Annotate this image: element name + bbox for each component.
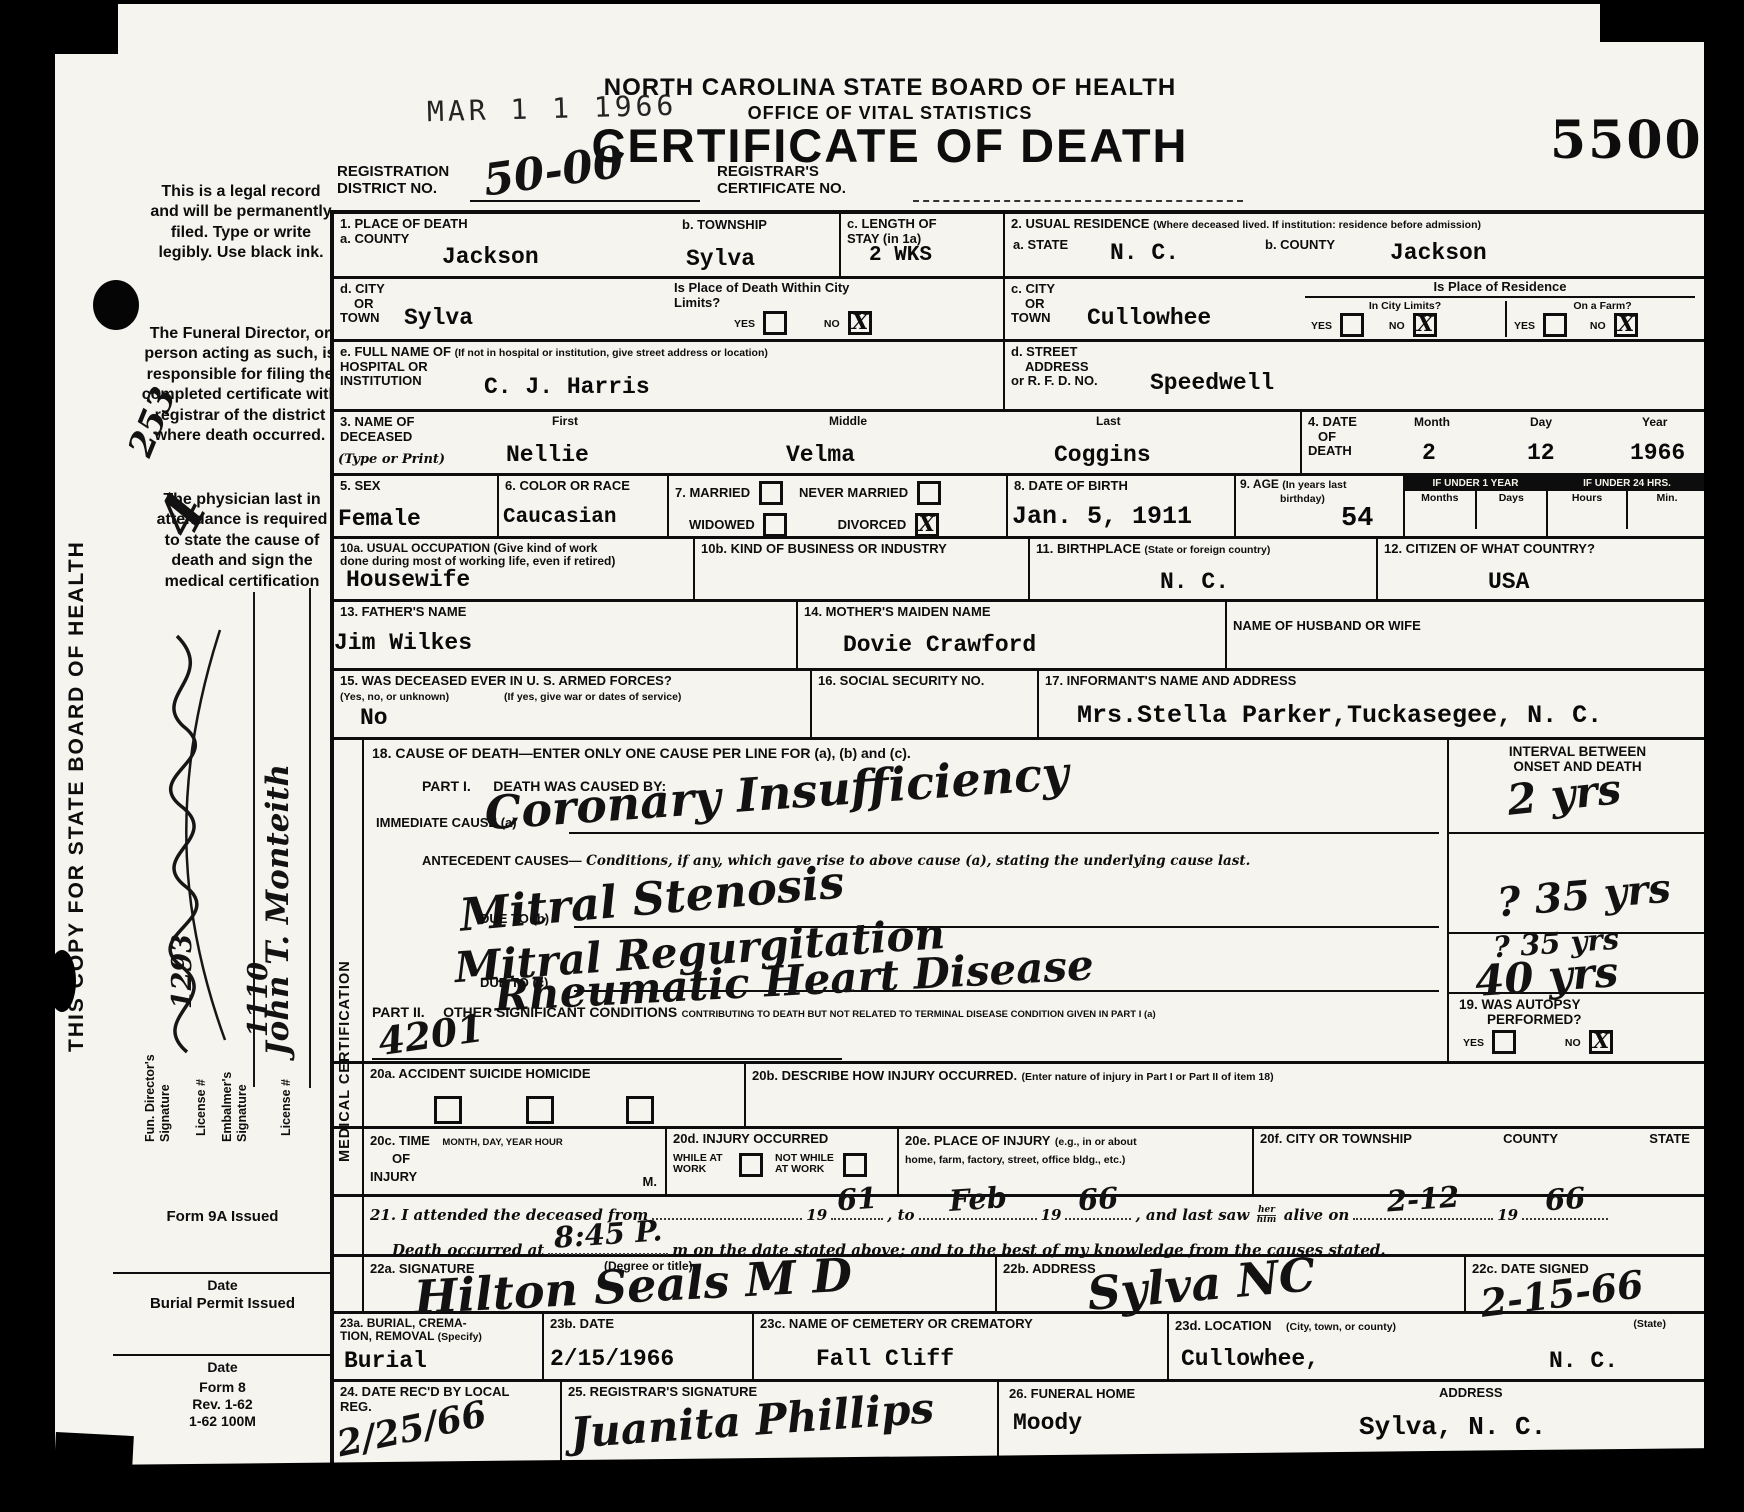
- residence-city-town-value: Cullowhee: [1087, 305, 1211, 331]
- if-under-24-hrs-header: IF UNDER 24 HRS.: [1548, 476, 1706, 491]
- last-name-label: Last: [1096, 415, 1121, 428]
- middle-name-label: Middle: [829, 415, 867, 428]
- field-burial-location: 23d. LOCATION (City, town, or county) (S…: [1169, 1314, 1706, 1379]
- birthplace-value: N. C.: [1160, 569, 1229, 595]
- registration-district-label: REGISTRATION DISTRICT NO.: [337, 164, 449, 197]
- meridiem-label: M.: [643, 1175, 657, 1190]
- death-city-limits-no-label: NO: [824, 318, 840, 330]
- immediate-cause-line: [569, 832, 1439, 834]
- township-value: Sylva: [686, 246, 755, 272]
- cause-of-death-header: 18. CAUSE OF DEATH—ENTER ONLY ONE CAUSE …: [372, 746, 911, 762]
- part2-subtext: CONTRIBUTING TO DEATH BUT NOT RELATED TO…: [682, 1009, 1156, 1020]
- death-city-limits-yes-checkbox: [763, 311, 787, 335]
- scan-edge-right: [1704, 0, 1744, 1512]
- never-married-checkbox: [917, 481, 941, 505]
- death-city-limits-yes-label: YES: [734, 318, 755, 330]
- signature-rule-2: [309, 588, 311, 1088]
- if-under-1-year-header: IF UNDER 1 YEAR: [1405, 476, 1546, 491]
- certificate-number: 5500: [1550, 110, 1703, 171]
- armed-forces-value: No: [360, 705, 388, 731]
- funeral-director-signature-label: Fun. Director's Signature: [143, 1022, 173, 1142]
- row-attendance: 21. I attended the deceased from1961, to…: [334, 1197, 1706, 1257]
- field-registrar-signature: 25. REGISTRAR'S SIGNATURE Juanita Philli…: [562, 1382, 999, 1464]
- part1-label: PART I.: [422, 778, 471, 794]
- date-of-birth-value: Jan. 5, 1911: [1012, 502, 1192, 531]
- is-place-of-residence-label: Is Place of Residence: [1305, 280, 1695, 298]
- suicide-checkbox: [526, 1096, 554, 1124]
- death-month-label: Month: [1414, 416, 1450, 429]
- residence-farm-question: On a Farm?: [1510, 301, 1695, 313]
- burial-date-value: 2/15/1966: [550, 1346, 674, 1372]
- field-date-signed: 22c. DATE SIGNED 2-15-66: [1466, 1257, 1706, 1311]
- field-physician-address: 22b. ADDRESS Sylva NC: [997, 1257, 1466, 1311]
- row-physician-signature: 22a. SIGNATURE (Degree or title) Hilton …: [334, 1257, 1706, 1314]
- field-cemetery-name: 23c. NAME OF CEMETERY OR CREMATORY Fall …: [754, 1314, 1169, 1379]
- residence-city-limits-no-label: NO: [1389, 320, 1405, 332]
- armed-forces-paren-2: (If yes, give war or dates of service): [504, 691, 681, 703]
- residence-farm-no-label: NO: [1590, 320, 1606, 332]
- mother-maiden-name-value: Dovie Crawford: [843, 632, 1036, 658]
- scan-corner-bottom-left: [54, 1432, 134, 1470]
- scan-blob-left: [48, 950, 76, 1012]
- last-seen-value: 2-12: [1386, 1180, 1461, 1219]
- antecedent-label: ANTECEDENT CAUSES—: [422, 853, 582, 868]
- burial-permit-date-label: Date: [110, 1360, 335, 1376]
- burial-type-value: Burial: [344, 1348, 427, 1374]
- widowed-label: WIDOWED: [689, 517, 755, 532]
- sidebar-note-legal: This is a legal record and will be perma…: [147, 182, 335, 264]
- license-number-label-1: License #: [194, 1026, 208, 1136]
- field-birthplace: 11. BIRTHPLACE (State or foreign country…: [1030, 539, 1378, 599]
- funeral-home-address-label: ADDRESS: [1439, 1386, 1503, 1401]
- due-to-b-label: DUE TO (b): [480, 912, 549, 927]
- armed-forces-paren-1: (Yes, no, or unknown): [340, 691, 449, 703]
- age-value: 54: [1341, 504, 1373, 534]
- death-day-value: 12: [1527, 440, 1555, 466]
- medical-certification-caption: MEDICAL CERTIFICATION: [337, 902, 353, 1162]
- form-9a-date-label: Date: [110, 1278, 335, 1294]
- father-name-value: Jim Wilkes: [334, 630, 472, 656]
- residence-city-limits-question: In City Limits?: [1305, 301, 1505, 313]
- certificate-paper: THIS COPY FOR STATE BOARD OF HEALTH This…: [55, 4, 1705, 1466]
- residence-state-value: N. C.: [1110, 240, 1179, 266]
- race-value: Caucasian: [503, 506, 616, 529]
- residence-farm-yes-checkbox: [1543, 313, 1567, 337]
- field-physician-signature: 22a. SIGNATURE (Degree or title) Hilton …: [364, 1257, 997, 1311]
- length-of-stay-value: 2 WKS: [869, 244, 932, 267]
- field-marital-status: 7. MARRIED NEVER MARRIED WIDOWED DIVORCE…: [669, 476, 1008, 536]
- residence-city-limits-no-checkbox: X: [1413, 313, 1437, 337]
- field-color-or-race: 6. COLOR OR RACE Caucasian: [499, 476, 669, 536]
- time-of-injury-sub: MONTH, DAY, YEAR HOUR: [442, 1137, 562, 1148]
- type-or-print-label: (Type or Print): [338, 452, 445, 467]
- citizenship-value: USA: [1488, 569, 1529, 595]
- field-street-address: d. STREET ADDRESS or R. F. D. NO. Speedw…: [1005, 342, 1706, 409]
- interval-a-value: 2 yrs: [1505, 764, 1624, 825]
- field-injury-city: 20f. CITY OR TOWNSHIP COUNTY STATE: [1254, 1129, 1706, 1194]
- death-city-town-value: Sylva: [404, 305, 473, 331]
- hole-punch: [93, 280, 139, 330]
- physician-address-value: Sylva NC: [1085, 1247, 1317, 1321]
- hours-label: Hours: [1548, 491, 1628, 529]
- burial-location-paren: (City, town, or county): [1286, 1321, 1396, 1333]
- widowed-checkbox: [763, 513, 787, 537]
- autopsy-yes-checkbox: [1492, 1030, 1516, 1054]
- form-revision-label: Rev. 1-62: [110, 1397, 335, 1413]
- field-burial-date: 23b. DATE 2/15/1966: [544, 1314, 754, 1379]
- part2-line: [372, 1058, 842, 1060]
- autopsy-no-checkbox: X: [1589, 1030, 1613, 1054]
- burial-permit-issued-label: Burial Permit Issued: [105, 1296, 340, 1313]
- row-occupation: 10a. USUAL OCCUPATION (Give kind of work…: [334, 539, 1706, 602]
- attended-from-blank: [652, 1202, 802, 1220]
- field-residence-city-town: c. CITY OR TOWN Cullowhee Is Place of Re…: [1005, 279, 1706, 339]
- registration-district-line: [470, 200, 700, 202]
- field-cause-of-death: 18. CAUSE OF DEATH—ENTER ONLY ONE CAUSE …: [364, 740, 1449, 1061]
- field-accident-suicide-homicide: 20a. ACCIDENT SUICIDE HOMICIDE: [364, 1064, 746, 1126]
- cemetery-name-value: Fall Cliff: [816, 1346, 954, 1372]
- not-while-at-work-checkbox: [843, 1153, 867, 1177]
- field-time-of-injury: 20c. TIME MONTH, DAY, YEAR HOUR OF INJUR…: [364, 1129, 667, 1194]
- row-burial: 23a. BURIAL, CREMA- TION, REMOVAL (Speci…: [334, 1314, 1706, 1382]
- last-seen-blank: 2-12: [1353, 1202, 1493, 1220]
- row-sex-race-marital: 5. SEX Female 6. COLOR OR RACE Caucasian…: [334, 476, 1706, 539]
- field-death-city-town: d. CITY OR TOWN Sylva Is Place of Death …: [334, 279, 1005, 339]
- describe-injury-paren: (Enter nature of injury in Part I or Par…: [1022, 1071, 1274, 1083]
- field-describe-injury: 20b. DESCRIBE HOW INJURY OCCURRED. (Ente…: [746, 1064, 1280, 1126]
- registrar-certificate-label: REGISTRAR'S CERTIFICATE NO.: [717, 164, 846, 197]
- last-name-value: Coggins: [1054, 442, 1151, 468]
- scan-corner-top-left: [0, 0, 118, 54]
- while-at-work-checkbox: [739, 1153, 763, 1177]
- field-hospital-institution: e. FULL NAME OF (If not in hospital or i…: [334, 342, 1005, 409]
- field-if-under-24-hrs: IF UNDER 24 HRS. Hours Min.: [1548, 476, 1706, 536]
- license-number-label-2: License #: [279, 1026, 293, 1136]
- funeral-home-address-value: Sylva, N. C.: [1359, 1412, 1546, 1442]
- field-if-under-1-year: IF UNDER 1 YEAR Months Days: [1405, 476, 1548, 536]
- funeral-home-value: Moody: [1013, 1410, 1082, 1436]
- row-armed-forces-informant: 15. WAS DECEASED EVER IN U. S. ARMED FOR…: [334, 671, 1706, 740]
- field-usual-occupation: 10a. USUAL OCCUPATION (Give kind of work…: [334, 539, 695, 599]
- attended-text-2: , to: [887, 1206, 914, 1224]
- field-length-of-stay: c. LENGTH OF STAY (in 1a) 2 WKS: [841, 214, 1005, 276]
- form-9a-issued-label: Form 9A Issued: [110, 1209, 335, 1226]
- antecedent-text: Conditions, if any, which gave rise to a…: [586, 853, 1250, 869]
- min-label: Min.: [1628, 491, 1706, 529]
- board-title: NORTH CAROLINA STATE BOARD OF HEALTH: [475, 74, 1305, 102]
- burial-location-label: 23d. LOCATION: [1175, 1318, 1272, 1333]
- field-usual-residence: 2. USUAL RESIDENCE (Where deceased lived…: [1005, 214, 1706, 276]
- attended-to-year-blank: 66: [1065, 1202, 1131, 1220]
- medical-strip-4: [334, 1197, 364, 1254]
- form-9a-date-line: [113, 1272, 331, 1274]
- residence-city-limits-yes-label: YES: [1311, 320, 1332, 332]
- field-kind-of-business: 10b. KIND OF BUSINESS OR INDUSTRY: [695, 539, 1030, 599]
- death-time-value: 8:45 P.: [553, 1214, 664, 1255]
- residence-farm-yes-label: YES: [1514, 320, 1535, 332]
- injury-state-label: STATE: [1649, 1132, 1690, 1147]
- field-social-security: 16. SOCIAL SECURITY NO.: [812, 671, 1039, 737]
- scanned-death-certificate: { "page": { "stamp": "MAR 1 1 1966", "ce…: [0, 0, 1744, 1512]
- days-label: Days: [1477, 491, 1547, 529]
- row-city-town: d. CITY OR TOWN Sylva Is Place of Death …: [334, 279, 1706, 342]
- field-informant: 17. INFORMANT'S NAME AND ADDRESS Mrs.Ste…: [1039, 671, 1706, 737]
- field-name-of-deceased: 3. NAME OF DECEASED (Type or Print) Firs…: [334, 412, 1302, 473]
- interval-ab-value: ? 35 yrs: [1495, 865, 1672, 927]
- last-seen-year-value: 66: [1544, 1181, 1587, 1218]
- hospital-institution-value: C. J. Harris: [484, 374, 650, 400]
- row-name-of-deceased: 3. NAME OF DECEASED (Type or Print) Firs…: [334, 412, 1706, 476]
- field-interval-column: INTERVAL BETWEEN ONSET AND DEATH 2 yrs ?…: [1449, 740, 1706, 1061]
- attended-from-year-value: 61: [836, 1181, 879, 1218]
- burial-state-paren: (State): [1633, 1318, 1666, 1330]
- occupation-value: Housewife: [346, 567, 470, 593]
- field-husband-or-wife: NAME OF HUSBAND OR WIFE: [1227, 602, 1706, 668]
- burial-location-value: Cullowhee,: [1181, 1346, 1319, 1372]
- informant-value: Mrs.Stella Parker,Tuckasegee, N. C.: [1077, 701, 1602, 730]
- attended-from-year-blank: 61: [831, 1202, 883, 1220]
- accident-checkbox: [434, 1096, 462, 1124]
- physician-signature-value: Hilton Seals M D: [413, 1248, 854, 1325]
- injury-county-label: COUNTY: [1503, 1132, 1558, 1147]
- death-month-value: 2: [1422, 440, 1436, 466]
- field-burial-type: 23a. BURIAL, CREMA- TION, REMOVAL (Speci…: [334, 1314, 544, 1379]
- field-place-of-death-county: 1. PLACE OF DEATH a. COUNTY Jackson b. T…: [334, 214, 841, 276]
- row-institution-address: e. FULL NAME OF (If not in hospital or i…: [334, 342, 1706, 412]
- funeral-director-license-number: 1293: [167, 934, 198, 1009]
- residence-farm-no-checkbox: X: [1614, 313, 1638, 337]
- first-name-label: First: [552, 415, 578, 428]
- death-time-blank: 8:45 P.: [548, 1237, 668, 1255]
- months-label: Months: [1405, 491, 1477, 529]
- death-city-limits-no-checkbox: X: [848, 311, 872, 335]
- burial-permit-date-line: [113, 1354, 331, 1356]
- death-year-label: Year: [1642, 416, 1667, 429]
- street-address-value: Speedwell: [1150, 370, 1274, 396]
- row-medical-certification: 18. CAUSE OF DEATH—ENTER ONLY ONE CAUSE …: [334, 740, 1706, 1064]
- funeral-home-label: 26. FUNERAL HOME: [1009, 1386, 1135, 1401]
- divorced-checkbox: X: [915, 513, 939, 537]
- embalmer-signature-label: Embalmer's Signature: [220, 1022, 250, 1142]
- row-injury-details: 20c. TIME MONTH, DAY, YEAR HOUR OF INJUR…: [334, 1129, 1706, 1197]
- field-armed-forces: 15. WAS DECEASED EVER IN U. S. ARMED FOR…: [334, 671, 812, 737]
- burial-state-value: N. C.: [1549, 1348, 1618, 1374]
- row-place-of-death-top: 1. PLACE OF DEATH a. COUNTY Jackson b. T…: [334, 214, 1706, 279]
- field-date-received: 24. DATE REC'D BY LOCAL REG. 2/25/66: [334, 1382, 562, 1464]
- death-year-value: 1966: [1630, 440, 1685, 466]
- row-parents: 13. FATHER'S NAME Jim Wilkes 14. MOTHER'…: [334, 602, 1706, 671]
- field-attendance-statement: 21. I attended the deceased from1961, to…: [364, 1197, 1706, 1254]
- married-checkbox: [759, 481, 783, 505]
- field-date-of-death: 4. DATE OF DEATH Month Day Year 2 12 196…: [1302, 412, 1706, 473]
- township-label: b. TOWNSHIP: [682, 218, 767, 233]
- homicide-checkbox: [626, 1096, 654, 1124]
- field-father-name: 13. FATHER'S NAME Jim Wilkes: [334, 602, 798, 668]
- attended-to-year-value: 66: [1077, 1181, 1120, 1218]
- row-accident: 20a. ACCIDENT SUICIDE HOMICIDE 20b. DESC…: [334, 1064, 1706, 1129]
- field-autopsy: 19. WAS AUTOPSY PERFORMED? YES NO X: [1449, 994, 1706, 1058]
- form-8-label: Form 8: [110, 1380, 335, 1396]
- death-day-label: Day: [1530, 416, 1552, 429]
- autopsy-no-label: NO: [1565, 1037, 1581, 1049]
- describe-injury-label: 20b. DESCRIBE HOW INJURY OCCURRED.: [752, 1068, 1017, 1083]
- field-citizenship: 12. CITIZEN OF WHAT COUNTRY? USA: [1378, 539, 1706, 599]
- certificate-form: 1. PLACE OF DEATH a. COUNTY Jackson b. T…: [330, 210, 1710, 1468]
- autopsy-yes-label: YES: [1463, 1037, 1484, 1049]
- field-mother-maiden-name: 14. MOTHER'S MAIDEN NAME Dovie Crawford: [798, 602, 1227, 668]
- place-of-death-county-value: Jackson: [442, 244, 539, 270]
- field-age: 9. AGE (In years last birthday) 54: [1236, 476, 1405, 536]
- attended-text-4: alive on: [1284, 1206, 1350, 1224]
- field-date-of-birth: 8. DATE OF BIRTH Jan. 5, 1911: [1008, 476, 1236, 536]
- last-seen-year-blank: 66: [1522, 1202, 1608, 1220]
- death-city-limits-question: Is Place of Death Within City Limits?: [674, 281, 904, 310]
- print-run-label: 1-62 100M: [110, 1414, 335, 1430]
- attended-to-blank: Feb: [919, 1202, 1037, 1220]
- divorced-label: DIVORCED: [838, 517, 907, 532]
- residence-county-value: Jackson: [1390, 240, 1487, 266]
- first-name-value: Nellie: [506, 442, 589, 468]
- residence-county-label: b. COUNTY: [1265, 238, 1335, 253]
- him-label: him: [1257, 1216, 1277, 1225]
- physician-address-label: 22b. ADDRESS: [1003, 1261, 1096, 1276]
- sex-value: Female: [338, 506, 421, 532]
- field-sex: 5. SEX Female: [334, 476, 499, 536]
- married-label: 7. MARRIED: [675, 485, 750, 500]
- residence-city-limits-yes-checkbox: [1340, 313, 1364, 337]
- medical-strip-5: [334, 1257, 364, 1311]
- attended-to-month-value: Feb: [948, 1180, 1008, 1218]
- never-married-label: NEVER MARRIED: [799, 485, 908, 500]
- residence-state-label: a. STATE: [1013, 238, 1068, 253]
- middle-name-value: Velma: [786, 442, 855, 468]
- registrar-certificate-line: [913, 200, 1243, 202]
- attended-text-3: , and last saw: [1135, 1206, 1249, 1224]
- injury-city-label: 20f. CITY OR TOWNSHIP: [1260, 1132, 1412, 1147]
